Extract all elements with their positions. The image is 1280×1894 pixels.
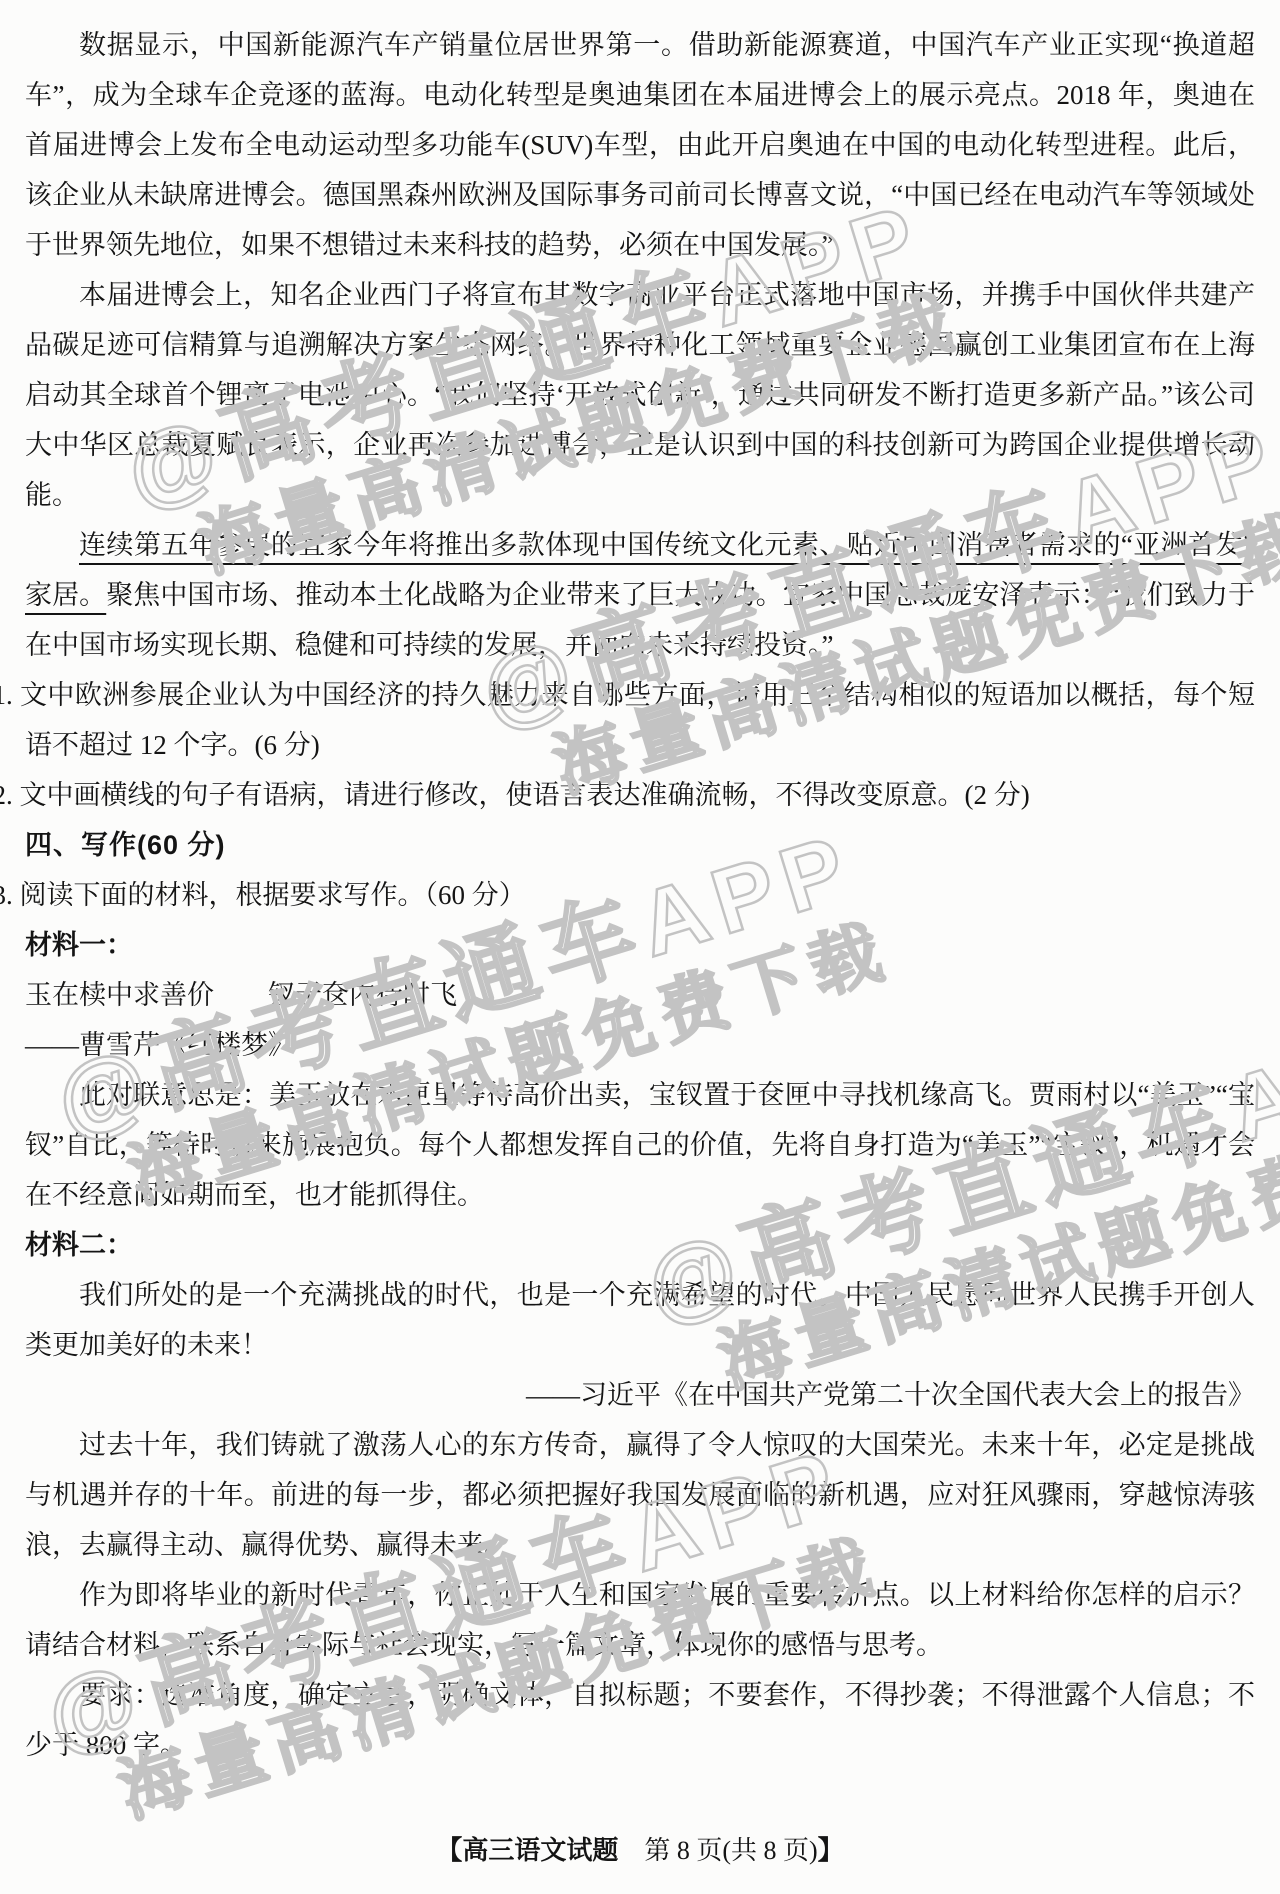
footer-title: 高三语文试题 [462,1835,618,1865]
material-2-text: 我们所处的是一个充满挑战的时代，也是一个充满希望的时代。中国人民愿同世界人民携手… [25,1270,1255,1370]
couplet-line: 玉在椟中求善价 钗于奁内待时飞 [25,970,1255,1020]
question-21: 21. 文中欧洲参展企业认为中国经济的持久魅力来自哪些方面，请用三个结构相似的短… [25,670,1255,770]
material-2-label: 材料二： [25,1220,1255,1270]
question-22: 22. 文中画横线的句子有语病，请进行修改，使语言表达准确流畅，不得改变原意。(… [25,770,1255,820]
passage-paragraph-3-rest: 聚焦中国市场、推动本土化战略为企业带来了巨大成功。宜家中国总裁庞安泽表示：“我们… [25,580,1255,660]
passage-paragraph-1: 数据显示，中国新能源汽车产销量位居世界第一。借助新能源赛道，中国汽车产业正实现“… [25,20,1255,270]
passage-paragraph-3: 连续第五年参展的宜家今年将推出多款体现中国传统文化元素、贴近中国消费者需求的“亚… [25,520,1255,670]
couplet-attribution: ——曹雪芹《红楼梦》 [25,1020,1255,1070]
question-23: 23. 阅读下面的材料，根据要求写作。（60 分） [25,870,1255,920]
page-footer: 【高三语文试题第 8 页(共 8 页)】 [0,1830,1280,1871]
material-2-attribution: ——习近平《在中国共产党第二十次全国代表大会上的报告》 [25,1370,1255,1420]
exam-paper-page: @高考直通车APP 海量高清试题免费下载 @高考直通车APP 海量高清试题免费下… [0,0,1280,1894]
footer-bracket-left: 【 [436,1835,462,1865]
footer-page-number: 第 8 页(共 8 页) [644,1836,817,1865]
passage-paragraph-2: 本届进博会上，知名企业西门子将宣布其数字商业平台正式落地中国市场，并携手中国伙伴… [25,270,1255,520]
footer-bracket-right: 】 [818,1835,844,1865]
material-1-label: 材料一： [25,920,1255,970]
essay-prompt: 作为即将毕业的新时代青年，你正处于人生和国家发展的重要转折点。以上材料给你怎样的… [25,1570,1255,1670]
page-content: 数据显示，中国新能源汽车产销量位居世界第一。借助新能源赛道，中国汽车产业正实现“… [25,20,1255,1770]
material-2-paragraph-2: 过去十年，我们铸就了激荡人心的东方传奇，赢得了令人惊叹的大国荣光。未来十年，必定… [25,1420,1255,1570]
section-4-heading: 四、写作(60 分) [25,820,1255,870]
essay-requirements: 要求：选准角度，确定立意，明确文体，自拟标题；不要套作，不得抄袭；不得泄露个人信… [25,1670,1255,1770]
material-1-text: 此对联意思是：美玉放在木匣里等待高价出卖，宝钗置于奁匣中寻找机缘高飞。贾雨村以“… [25,1070,1255,1220]
